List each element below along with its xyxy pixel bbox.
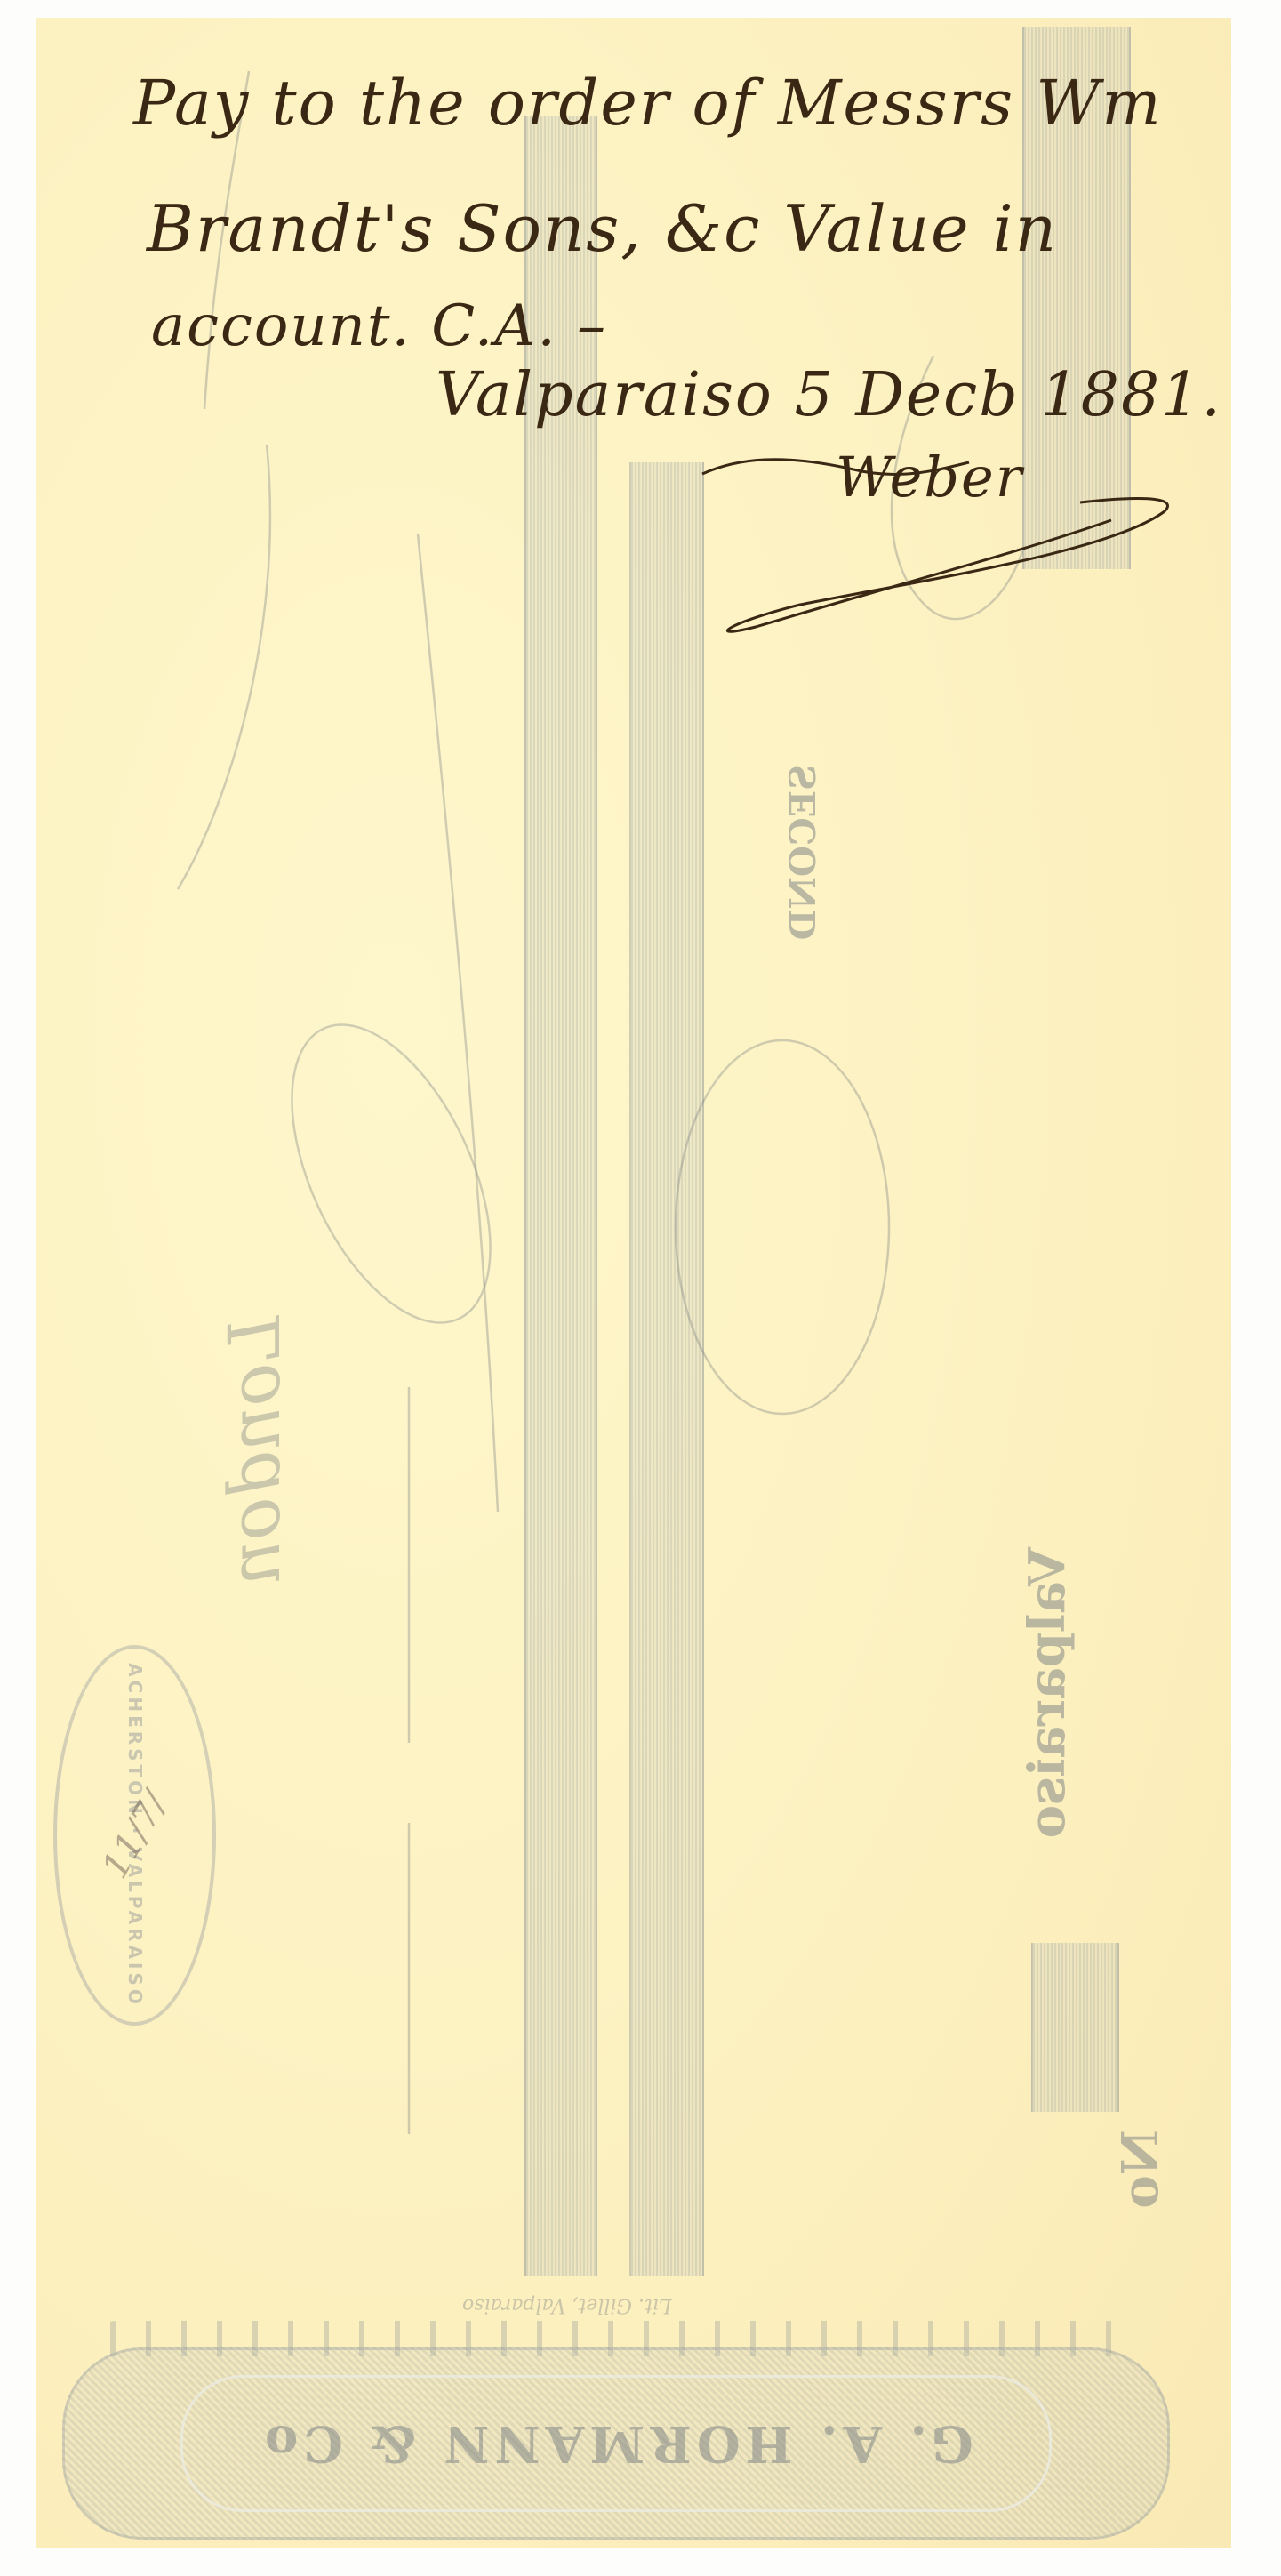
- endorsement-signature: Weber: [836, 445, 1023, 510]
- endorsement-line-3: account. C.A. –: [151, 293, 607, 359]
- stamp-handwritten-mark: 11/7/: [94, 1786, 175, 1885]
- endorsement-place-date: Valparaiso 5 Decb 1881.: [436, 360, 1222, 430]
- banner-company-name: G. A. HORMANN & Co: [260, 2414, 973, 2473]
- ornamental-banner: G. A. HORMANN & Co: [62, 2347, 1170, 2540]
- endorsement-line-2: Brandt's Sons, &c Value in: [147, 191, 1058, 266]
- endorsement-line-1: Pay to the order of Messrs Wm: [133, 67, 1163, 140]
- oval-stamp: ACHERSTON · VALPARAISO 11/7/: [53, 1645, 216, 2026]
- banner-cartouche: G. A. HORMANN & Co: [180, 2375, 1052, 2512]
